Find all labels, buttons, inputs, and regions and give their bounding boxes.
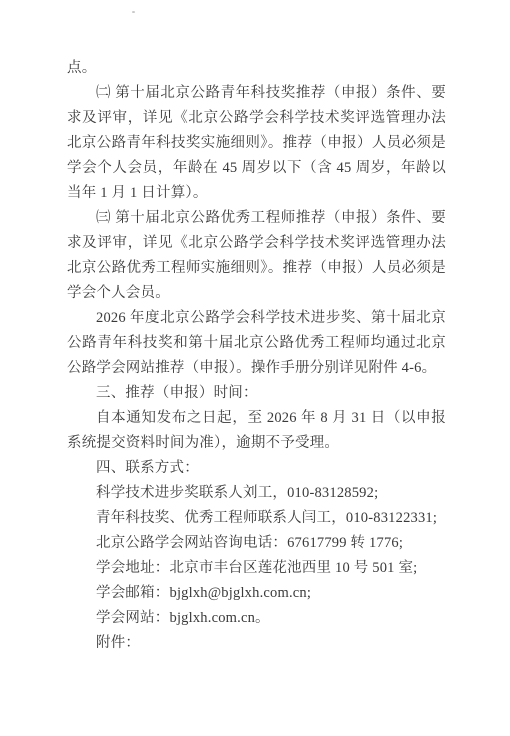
scan-speck xyxy=(132,11,135,13)
paragraph: 点。 xyxy=(67,56,446,81)
paragraph: 自本通知发布之日起，至 2026 年 8 月 31 日（以申报系统提交资料时间为… xyxy=(67,406,446,456)
paragraph: 青年科技奖、优秀工程师联系人闫工，010-83122331; xyxy=(67,506,446,531)
paragraph: 三、推荐（申报）时间： xyxy=(67,381,446,406)
paragraph: 附件： xyxy=(67,631,446,656)
paragraph: 北京公路学会网站咨询电话：67617799 转 1776; xyxy=(67,531,446,556)
document-page: 点。㈡ 第十届北京公路青年科技奖推荐（申报）条件、要求及评审，详见《北京公路学会… xyxy=(0,0,510,736)
paragraph: ㈡ 第十届北京公路青年科技奖推荐（申报）条件、要求及评审，详见《北京公路学会科学… xyxy=(67,81,446,206)
paragraph: 2026 年度北京公路学会科学技术进步奖、第十届北京公路青年科技奖和第十届北京公… xyxy=(67,306,446,381)
paragraph: ㈢ 第十届北京公路优秀工程师推荐（申报）条件、要求及评审，详见《北京公路学会科学… xyxy=(67,206,446,306)
paragraph: 学会网站：bjglxh.com.cn。 xyxy=(67,606,446,631)
document-body: 点。㈡ 第十届北京公路青年科技奖推荐（申报）条件、要求及评审，详见《北京公路学会… xyxy=(67,56,446,656)
paragraph: 科学技术进步奖联系人刘工，010-83128592; xyxy=(67,481,446,506)
paragraph: 学会地址：北京市丰台区莲花池西里 10 号 501 室; xyxy=(67,556,446,581)
paragraph: 学会邮箱：bjglxh@bjglxh.com.cn; xyxy=(67,581,446,606)
paragraph: 四、联系方式： xyxy=(67,456,446,481)
